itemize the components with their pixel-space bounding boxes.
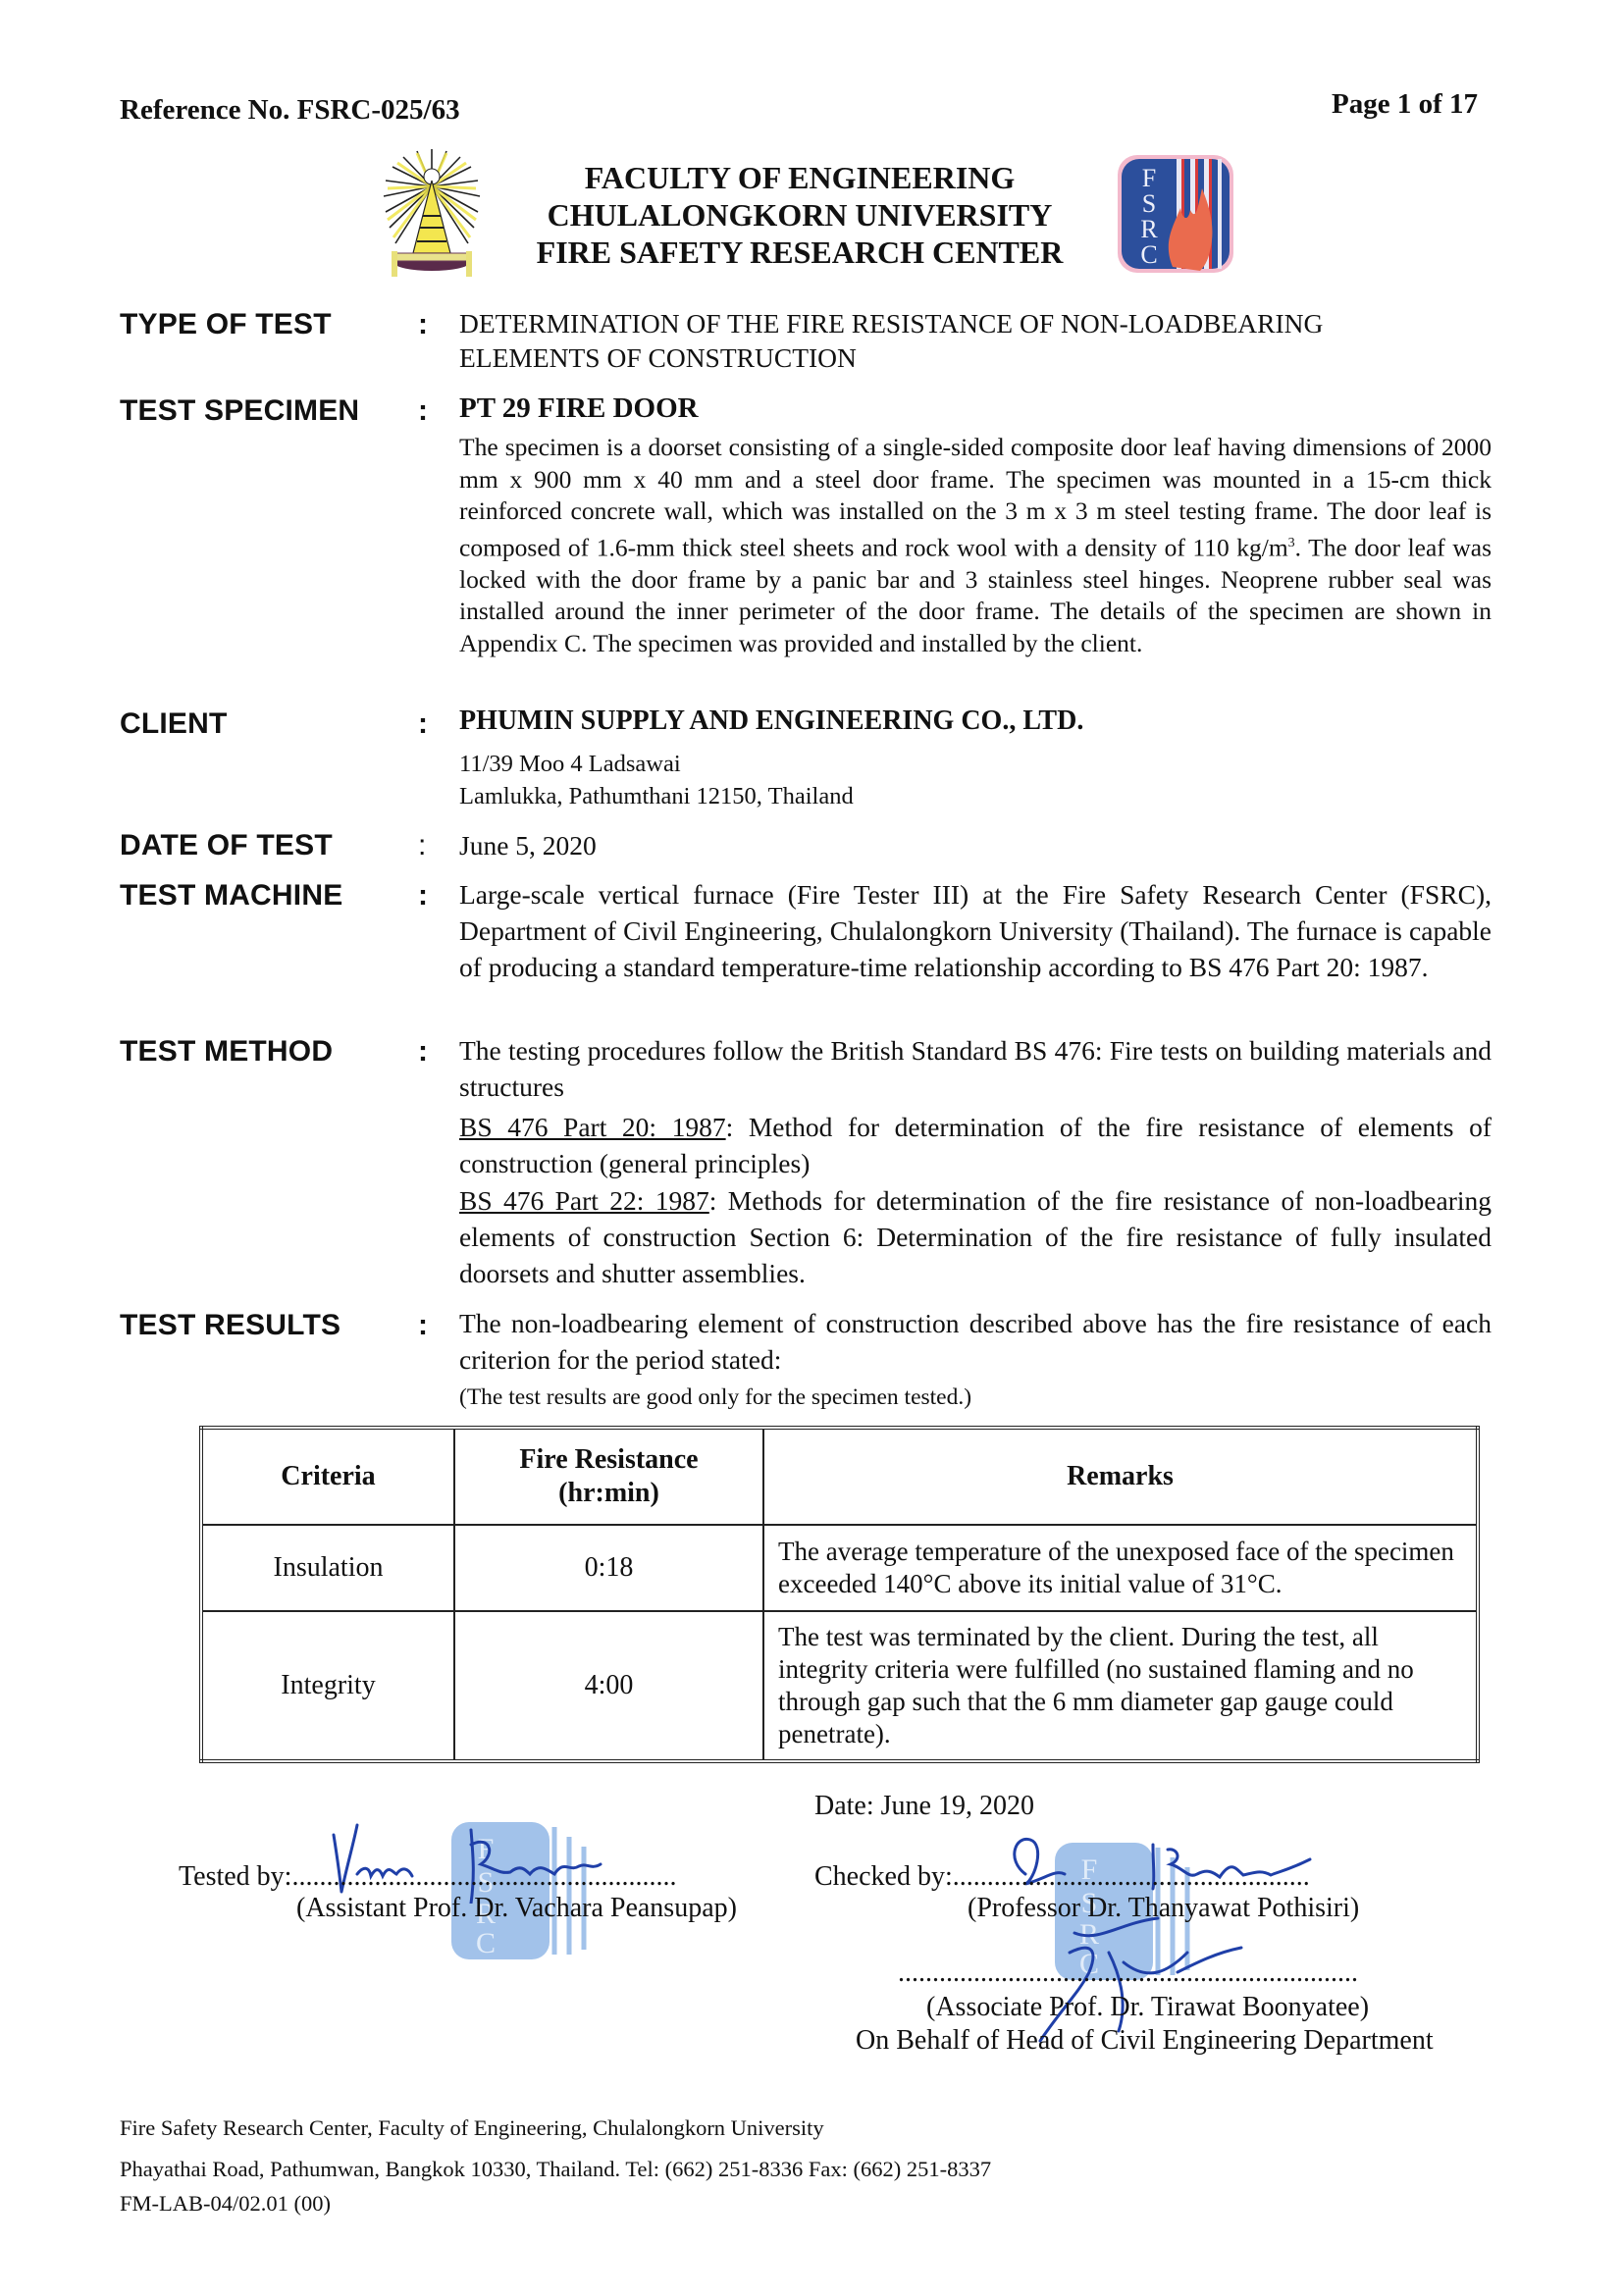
results-table: Criteria Fire Resistance (hr:min) Remark…	[199, 1426, 1480, 1763]
cell-remarks: The average temperature of the unexposed…	[763, 1525, 1478, 1611]
signature-line: ........................................…	[953, 1861, 1310, 1892]
table-row: Insulation 0:18 The average temperature …	[201, 1525, 1478, 1611]
client-address-line: Lamlukka, Pathumthani 12150, Thailand	[459, 780, 1492, 812]
client-name: PHUMIN SUPPLY AND ENGINEERING CO., LTD.	[459, 704, 1492, 737]
client-label: CLIENT	[120, 707, 228, 741]
footer-center-name: Fire Safety Research Center, Faculty of …	[120, 2115, 824, 2141]
reference-number: Reference No. FSRC-025/63	[120, 94, 460, 127]
test-results-intro: The non-loadbearing element of construct…	[459, 1305, 1492, 1378]
type-of-test-separator: :	[418, 308, 428, 341]
header-remarks: Remarks	[763, 1428, 1478, 1525]
date-of-test-separator: :	[418, 829, 426, 862]
cell-criteria: Insulation	[201, 1525, 454, 1611]
test-method-standard-part22: BS 476 Part 22: 1987: Methods for determ…	[459, 1182, 1492, 1291]
test-results-separator: :	[418, 1309, 428, 1342]
type-of-test-value: DETERMINATION OF THE FIRE RESISTANCE OF …	[459, 306, 1492, 375]
test-method-standard-part20: BS 476 Part 20: 1987: Method for determi…	[459, 1109, 1492, 1181]
svg-text:R: R	[1140, 215, 1158, 243]
type-of-test-line: ELEMENTS OF CONSTRUCTION	[459, 340, 1492, 375]
test-machine-separator: :	[418, 879, 428, 913]
tested-by-label: Tested by:	[179, 1861, 291, 1892]
header-line-faculty: FACULTY OF ENGINEERING	[510, 159, 1089, 196]
page-number: Page 1 of 17	[1332, 88, 1478, 121]
svg-text:C: C	[476, 1927, 496, 1959]
table-row: Integrity 4:00 The test was terminated b…	[201, 1611, 1478, 1761]
specimen-name: PT 29 FIRE DOOR	[459, 392, 1492, 425]
table-header-row: Criteria Fire Resistance (hr:min) Remark…	[201, 1428, 1478, 1525]
test-specimen-separator: :	[418, 394, 428, 428]
test-machine-label: TEST MACHINE	[120, 879, 342, 913]
standard-code: BS 476 Part 22: 1987	[459, 1185, 709, 1216]
cell-criteria: Integrity	[201, 1611, 454, 1761]
checked-by-label: Checked by:	[814, 1861, 953, 1892]
header-fire-resistance: Fire Resistance (hr:min)	[454, 1428, 763, 1525]
approver-role: On Behalf of Head of Civil Engineering D…	[856, 2025, 1434, 2057]
footer-form-code: FM-LAB-04/02.01 (00)	[120, 2191, 331, 2217]
test-method-separator: :	[418, 1035, 428, 1069]
cell-fire-resistance: 0:18	[454, 1525, 763, 1611]
fsrc-flame-logo-icon: FSRC	[1112, 149, 1239, 279]
report-date: Date: June 19, 2020	[814, 1791, 1034, 1822]
test-specimen-label: TEST SPECIMEN	[120, 394, 359, 428]
signature-line: ........................................…	[291, 1861, 676, 1892]
client-address: 11/39 Moo 4 Ladsawai Lamlukka, Pathumtha…	[459, 748, 1492, 812]
test-method-label: TEST METHOD	[120, 1035, 333, 1069]
test-results-label: TEST RESULTS	[120, 1309, 340, 1342]
client-separator: :	[418, 707, 428, 741]
cell-remarks: The test was terminated by the client. D…	[763, 1611, 1478, 1761]
checked-by-line: Checked by:.............................…	[814, 1861, 1310, 1893]
tester-name: (Assistant Prof. Dr. Vachara Peansupap)	[296, 1893, 737, 1924]
approver-name: (Associate Prof. Dr. Tirawat Boonyatee)	[926, 1992, 1369, 2023]
cell-fire-resistance: 4:00	[454, 1611, 763, 1761]
header-line-university: CHULALONGKORN UNIVERSITY	[510, 196, 1089, 234]
specimen-description: The specimen is a doorset consisting of …	[459, 432, 1492, 659]
date-of-test-value: June 5, 2020	[459, 829, 1492, 861]
svg-text:C: C	[1140, 240, 1157, 269]
date-of-test-label: DATE OF TEST	[120, 829, 333, 862]
tested-by-line: Tested by:..............................…	[179, 1861, 676, 1893]
test-machine-value: Large-scale vertical furnace (Fire Teste…	[459, 876, 1492, 985]
svg-text:S: S	[1142, 189, 1156, 218]
test-method-intro: The testing procedures follow the Britis…	[459, 1032, 1492, 1105]
header-line-center: FIRE SAFETY RESEARCH CENTER	[510, 234, 1089, 271]
type-of-test-label: TYPE OF TEST	[120, 308, 332, 341]
standard-code: BS 476 Part 20: 1987	[459, 1112, 726, 1142]
header-criteria: Criteria	[201, 1428, 454, 1525]
institution-header: FACULTY OF ENGINEERING CHULALONGKORN UNI…	[510, 159, 1089, 271]
client-address-line: 11/39 Moo 4 Ladsawai	[459, 748, 1492, 780]
chulalongkorn-emblem-icon	[378, 147, 486, 285]
test-results-note: (The test results are good only for the …	[459, 1382, 1492, 1414]
approver-signature-line: ........................................…	[898, 1957, 1358, 1989]
footer-address: Phayathai Road, Pathumwan, Bangkok 10330…	[120, 2157, 991, 2182]
svg-text:F: F	[1142, 164, 1156, 192]
type-of-test-line: DETERMINATION OF THE FIRE RESISTANCE OF …	[459, 306, 1492, 340]
